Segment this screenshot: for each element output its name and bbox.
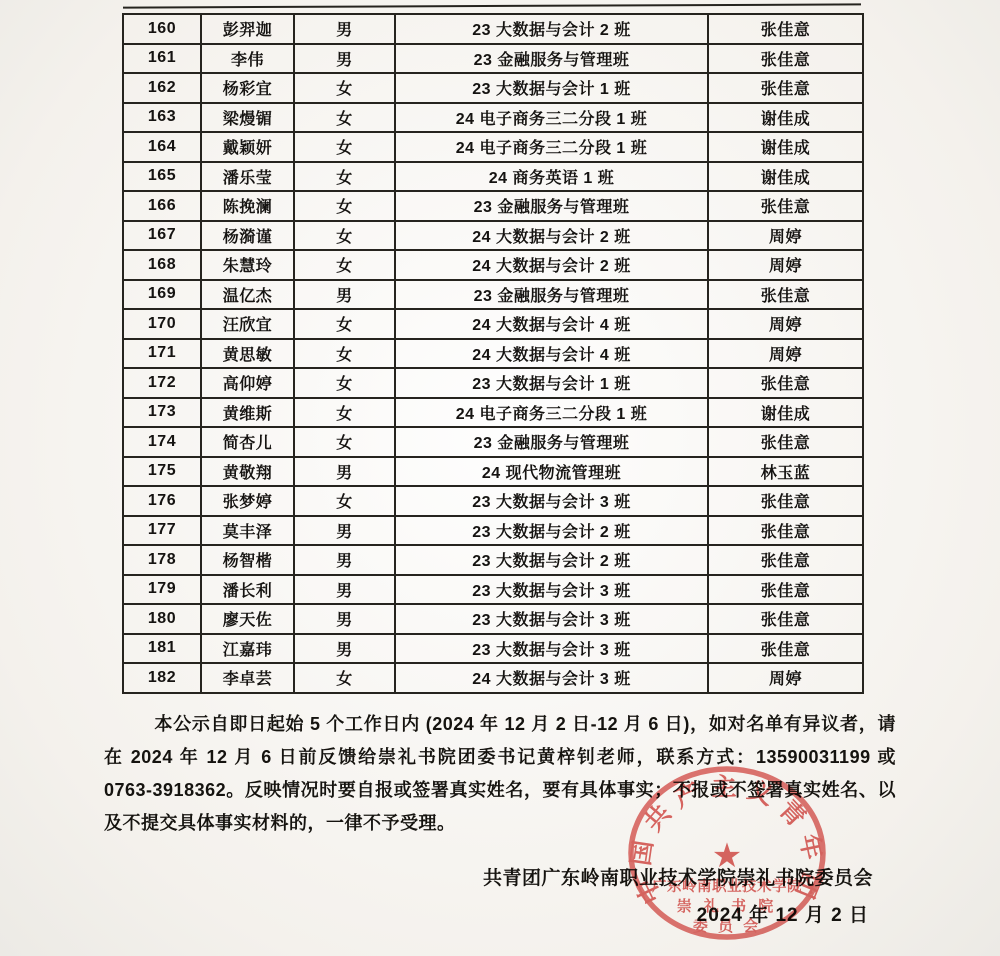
- table-row: 171黄思敏女24 大数据与会计 4 班周婷: [123, 339, 863, 369]
- gender-cell: 男: [294, 516, 395, 546]
- student-name-cell: 朱慧玲: [201, 250, 294, 280]
- row-number-cell: 179: [123, 575, 201, 605]
- class-cell: 23 大数据与会计 2 班: [395, 14, 708, 44]
- table-row: 181江嘉玮男23 大数据与会计 3 班张佳意: [123, 634, 863, 664]
- class-cell: 24 大数据与会计 3 班: [395, 663, 708, 693]
- teacher-cell: 谢佳成: [708, 162, 863, 192]
- table-row: 177莫丰泽男23 大数据与会计 2 班张佳意: [123, 516, 863, 546]
- student-name-cell: 陈挽澜: [201, 191, 294, 221]
- table-row: 178杨智楷男23 大数据与会计 2 班张佳意: [123, 545, 863, 575]
- row-number-cell: 176: [123, 486, 201, 516]
- table-row: 172高仰婷女23 大数据与会计 1 班张佳意: [123, 368, 863, 398]
- teacher-cell: 张佳意: [708, 73, 863, 103]
- gender-cell: 女: [294, 73, 395, 103]
- gender-cell: 男: [294, 545, 395, 575]
- student-name-cell: 汪欣宜: [201, 309, 294, 339]
- class-cell: 24 电子商务三二分段 1 班: [395, 103, 708, 133]
- class-cell: 23 金融服务与管理班: [395, 44, 708, 74]
- class-cell: 23 大数据与会计 2 班: [395, 516, 708, 546]
- teacher-cell: 张佳意: [708, 191, 863, 221]
- table-row: 168朱慧玲女24 大数据与会计 2 班周婷: [123, 250, 863, 280]
- class-cell: 24 电子商务三二分段 1 班: [395, 132, 708, 162]
- class-cell: 23 金融服务与管理班: [395, 280, 708, 310]
- student-name-cell: 梁熳镅: [201, 103, 294, 133]
- row-number-cell: 178: [123, 545, 201, 575]
- teacher-cell: 周婷: [708, 339, 863, 369]
- table-row: 164戴颖妍女24 电子商务三二分段 1 班谢佳成: [123, 132, 863, 162]
- row-number-cell: 163: [123, 103, 201, 133]
- row-number-cell: 167: [123, 221, 201, 251]
- student-name-cell: 莫丰泽: [201, 516, 294, 546]
- student-table-body: 160彭羿迦男23 大数据与会计 2 班张佳意161李伟男23 金融服务与管理班…: [123, 14, 863, 693]
- row-number-cell: 181: [123, 634, 201, 664]
- gender-cell: 男: [294, 457, 395, 487]
- teacher-cell: 张佳意: [708, 604, 863, 634]
- row-number-cell: 161: [123, 44, 201, 74]
- signature-organization: 共青团广东岭南职业技术学院崇礼书院委员会: [483, 863, 873, 890]
- table-row: 170汪欣宜女24 大数据与会计 4 班周婷: [123, 309, 863, 339]
- student-name-cell: 杨彩宜: [201, 73, 294, 103]
- student-name-cell: 彭羿迦: [201, 14, 294, 44]
- table-row: 163梁熳镅女24 电子商务三二分段 1 班谢佳成: [123, 103, 863, 133]
- row-number-cell: 171: [123, 339, 201, 369]
- class-cell: 24 大数据与会计 4 班: [395, 339, 708, 369]
- student-name-cell: 李卓芸: [201, 663, 294, 693]
- gender-cell: 女: [294, 221, 395, 251]
- class-cell: 23 大数据与会计 1 班: [395, 368, 708, 398]
- teacher-cell: 张佳意: [708, 14, 863, 44]
- table-row: 169温亿杰男23 金融服务与管理班张佳意: [123, 280, 863, 310]
- student-name-cell: 廖天佐: [201, 604, 294, 634]
- class-cell: 24 大数据与会计 4 班: [395, 309, 708, 339]
- teacher-cell: 张佳意: [708, 280, 863, 310]
- row-number-cell: 174: [123, 427, 201, 457]
- student-name-cell: 潘长利: [201, 575, 294, 605]
- row-number-cell: 162: [123, 73, 201, 103]
- table-row: 166陈挽澜女23 金融服务与管理班张佳意: [123, 191, 863, 221]
- gender-cell: 男: [294, 634, 395, 664]
- student-name-cell: 李伟: [201, 44, 294, 74]
- gender-cell: 男: [294, 44, 395, 74]
- student-name-cell: 黄维斯: [201, 398, 294, 428]
- teacher-cell: 谢佳成: [708, 132, 863, 162]
- teacher-cell: 周婷: [708, 663, 863, 693]
- gender-cell: 女: [294, 398, 395, 428]
- row-number-cell: 177: [123, 516, 201, 546]
- student-name-cell: 温亿杰: [201, 280, 294, 310]
- teacher-cell: 张佳意: [708, 368, 863, 398]
- gender-cell: 女: [294, 663, 395, 693]
- class-cell: 24 大数据与会计 2 班: [395, 221, 708, 251]
- teacher-cell: 张佳意: [708, 545, 863, 575]
- student-name-cell: 黄思敏: [201, 339, 294, 369]
- teacher-cell: 周婷: [708, 250, 863, 280]
- row-number-cell: 166: [123, 191, 201, 221]
- table-row: 182李卓芸女24 大数据与会计 3 班周婷: [123, 663, 863, 693]
- student-roster-table: 160彭羿迦男23 大数据与会计 2 班张佳意161李伟男23 金融服务与管理班…: [122, 13, 864, 694]
- signature-block: 共青团广东岭南职业技术学院崇礼书院委员会 2024 年 12 月 2 日: [483, 863, 873, 927]
- gender-cell: 女: [294, 103, 395, 133]
- row-number-cell: 168: [123, 250, 201, 280]
- class-cell: 23 金融服务与管理班: [395, 191, 708, 221]
- teacher-cell: 张佳意: [708, 634, 863, 664]
- table-row: 175黄敬翔男24 现代物流管理班林玉蓝: [123, 457, 863, 487]
- row-number-cell: 164: [123, 132, 201, 162]
- table-cut-edge: [123, 3, 861, 8]
- table-row: 162杨彩宜女23 大数据与会计 1 班张佳意: [123, 73, 863, 103]
- teacher-cell: 周婷: [708, 309, 863, 339]
- class-cell: 24 商务英语 1 班: [395, 162, 708, 192]
- table-row: 176张梦婷女23 大数据与会计 3 班张佳意: [123, 486, 863, 516]
- teacher-cell: 张佳意: [708, 486, 863, 516]
- student-name-cell: 高仰婷: [201, 368, 294, 398]
- table-row: 179潘长利男23 大数据与会计 3 班张佳意: [123, 575, 863, 605]
- gender-cell: 女: [294, 309, 395, 339]
- class-cell: 23 大数据与会计 3 班: [395, 604, 708, 634]
- row-number-cell: 170: [123, 309, 201, 339]
- table-row: 180廖天佐男23 大数据与会计 3 班张佳意: [123, 604, 863, 634]
- student-name-cell: 杨智楷: [201, 545, 294, 575]
- class-cell: 24 电子商务三二分段 1 班: [395, 398, 708, 428]
- row-number-cell: 180: [123, 604, 201, 634]
- class-cell: 23 大数据与会计 3 班: [395, 575, 708, 605]
- table-row: 160彭羿迦男23 大数据与会计 2 班张佳意: [123, 14, 863, 44]
- row-number-cell: 160: [123, 14, 201, 44]
- notice-paragraph: 本公示自即日起始 5 个工作日内 (2024 年 12 月 2 日-12 月 6…: [104, 708, 896, 840]
- table-row: 167杨漪谨女24 大数据与会计 2 班周婷: [123, 221, 863, 251]
- gender-cell: 男: [294, 575, 395, 605]
- student-name-cell: 黄敬翔: [201, 457, 294, 487]
- table-row: 165潘乐莹女24 商务英语 1 班谢佳成: [123, 162, 863, 192]
- gender-cell: 男: [294, 280, 395, 310]
- gender-cell: 女: [294, 250, 395, 280]
- table-row: 161李伟男23 金融服务与管理班张佳意: [123, 44, 863, 74]
- row-number-cell: 165: [123, 162, 201, 192]
- student-name-cell: 杨漪谨: [201, 221, 294, 251]
- signature-date: 2024 年 12 月 2 日: [483, 900, 873, 927]
- gender-cell: 女: [294, 368, 395, 398]
- class-cell: 23 大数据与会计 1 班: [395, 73, 708, 103]
- class-cell: 23 大数据与会计 3 班: [395, 486, 708, 516]
- teacher-cell: 谢佳成: [708, 103, 863, 133]
- gender-cell: 女: [294, 427, 395, 457]
- teacher-cell: 周婷: [708, 221, 863, 251]
- class-cell: 23 大数据与会计 2 班: [395, 545, 708, 575]
- gender-cell: 女: [294, 191, 395, 221]
- student-name-cell: 戴颖妍: [201, 132, 294, 162]
- student-name-cell: 潘乐莹: [201, 162, 294, 192]
- table-row: 173黄维斯女24 电子商务三二分段 1 班谢佳成: [123, 398, 863, 428]
- student-name-cell: 简杏儿: [201, 427, 294, 457]
- student-name-cell: 张梦婷: [201, 486, 294, 516]
- row-number-cell: 173: [123, 398, 201, 428]
- document-page: 160彭羿迦男23 大数据与会计 2 班张佳意161李伟男23 金融服务与管理班…: [0, 0, 1000, 956]
- row-number-cell: 175: [123, 457, 201, 487]
- teacher-cell: 张佳意: [708, 427, 863, 457]
- table-row: 174简杏儿女23 金融服务与管理班张佳意: [123, 427, 863, 457]
- gender-cell: 女: [294, 486, 395, 516]
- gender-cell: 女: [294, 339, 395, 369]
- gender-cell: 女: [294, 132, 395, 162]
- teacher-cell: 谢佳成: [708, 398, 863, 428]
- class-cell: 23 金融服务与管理班: [395, 427, 708, 457]
- teacher-cell: 张佳意: [708, 575, 863, 605]
- student-name-cell: 江嘉玮: [201, 634, 294, 664]
- teacher-cell: 林玉蓝: [708, 457, 863, 487]
- gender-cell: 女: [294, 162, 395, 192]
- gender-cell: 男: [294, 14, 395, 44]
- teacher-cell: 张佳意: [708, 516, 863, 546]
- teacher-cell: 张佳意: [708, 44, 863, 74]
- row-number-cell: 169: [123, 280, 201, 310]
- row-number-cell: 182: [123, 663, 201, 693]
- row-number-cell: 172: [123, 368, 201, 398]
- class-cell: 24 大数据与会计 2 班: [395, 250, 708, 280]
- gender-cell: 男: [294, 604, 395, 634]
- class-cell: 24 现代物流管理班: [395, 457, 708, 487]
- class-cell: 23 大数据与会计 3 班: [395, 634, 708, 664]
